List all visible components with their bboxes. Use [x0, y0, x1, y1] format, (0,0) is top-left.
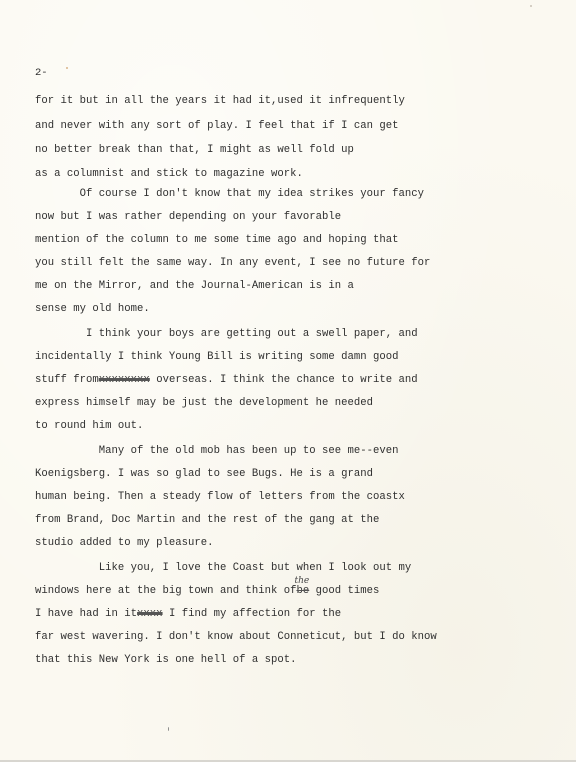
text-line: studio added to my pleasure.	[35, 537, 214, 550]
paper-stain	[66, 67, 68, 69]
text-line: Of course I don't know that my idea stri…	[35, 188, 424, 201]
text-line-with-strikeout: I have had in itxxxx I find my affection…	[35, 608, 341, 621]
text-line: you still felt the same way. In any even…	[35, 257, 430, 270]
text-line: far west wavering. I don't know about Co…	[35, 631, 437, 644]
text-line: express himself may be just the developm…	[35, 397, 373, 410]
text-line-with-correction: windows here at the big town and think o…	[35, 585, 379, 598]
paper-speck	[530, 5, 532, 7]
text-segment: windows here at the big town and think o…	[35, 585, 296, 597]
text-line: Many of the old mob has been up to see m…	[35, 445, 399, 458]
text-line: I think your boys are getting out a swel…	[35, 328, 418, 341]
text-line: incidentally I think Young Bill is writi…	[35, 351, 399, 364]
letter-page: 2- for it but in all the years it had it…	[0, 0, 576, 762]
text-line: to round him out.	[35, 420, 143, 433]
text-segment: I have had in it	[35, 608, 137, 620]
paper-mark	[168, 727, 169, 731]
correction: bethe	[296, 585, 309, 597]
handwritten-insertion: the	[294, 575, 309, 588]
text-line: Like you, I love the Coast but when I lo…	[35, 562, 411, 575]
text-line-with-strikeout: stuff fromxxxxxxxx overseas. I think the…	[35, 374, 418, 387]
text-line: me on the Mirror, and the Journal-Americ…	[35, 280, 354, 293]
text-segment: stuff from	[35, 374, 99, 386]
text-line: as a columnist and stick to magazine wor…	[35, 168, 303, 181]
text-segment: overseas. I think the chance to write an…	[150, 374, 418, 386]
text-line: human being. Then a steady flow of lette…	[35, 491, 405, 504]
text-line: Koenigsberg. I was so glad to see Bugs. …	[35, 468, 373, 481]
text-line: and never with any sort of play. I feel …	[35, 120, 399, 133]
text-line: from Brand, Doc Martin and the rest of t…	[35, 514, 379, 527]
text-segment: good times	[309, 585, 379, 597]
text-segment: I find my affection for the	[163, 608, 342, 620]
text-line: for it but in all the years it had it,us…	[35, 95, 405, 108]
struck-out-text: xxxxxxxx	[99, 374, 150, 386]
text-line: now but I was rather depending on your f…	[35, 211, 341, 224]
struck-out-text: xxxx	[137, 608, 163, 620]
page-number: 2-	[35, 67, 48, 79]
text-line: mention of the column to me some time ag…	[35, 234, 399, 247]
text-line: that this New York is one hell of a spot…	[35, 654, 296, 667]
text-line: sense my old home.	[35, 303, 150, 316]
text-line: no better break than that, I might as we…	[35, 144, 354, 157]
